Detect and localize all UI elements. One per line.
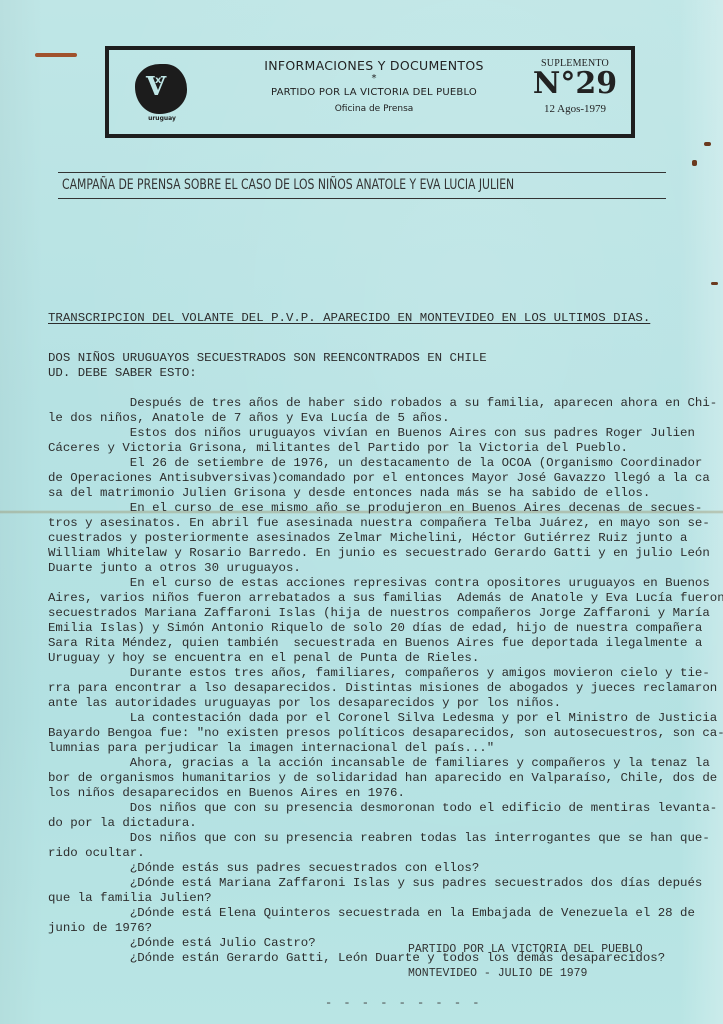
body-line: tros y asesinatos. En abril fue asesinad… xyxy=(48,516,688,531)
body-line: cuestrados y posteriormente asesinados Z… xyxy=(48,531,688,546)
body-line: En el curso de ese mismo año se produjer… xyxy=(48,501,688,516)
headline-line: UD. DEBE SABER ESTO: xyxy=(48,366,688,381)
body-line: Bayardo Bengoa fue: "no existen presos p… xyxy=(48,726,688,741)
stain-speck xyxy=(711,282,718,285)
body-line: junio de 1976? xyxy=(48,921,688,936)
body-line: rido ocultar. xyxy=(48,846,688,861)
publication-title: INFORMACIONES Y DOCUMENTOS xyxy=(239,58,509,73)
body-line: do por la dictadura. xyxy=(48,816,688,831)
masthead-box: V x uruguay INFORMACIONES Y DOCUMENTOS *… xyxy=(105,46,635,138)
star-icon: * xyxy=(239,74,509,84)
party-name: PARTIDO POR LA VICTORIA DEL PUEBLO xyxy=(239,87,509,98)
body-line: Aires, varios niños fueron arrebatados a… xyxy=(48,591,688,606)
body-line: los niños desaparecidos en Buenos Aires … xyxy=(48,786,688,801)
body-line: En el curso de estas acciones represivas… xyxy=(48,576,688,591)
signature-place-date: MONTEVIDEO - JULIO DE 1979 xyxy=(408,962,643,986)
signature-party: PARTIDO POR LA VICTORIA DEL PUEBLO xyxy=(408,938,643,962)
body-line: Estos dos niños uruguayos vivían en Buen… xyxy=(48,426,688,441)
body-line: ¿Dónde está Mariana Zaffaroni Islas y su… xyxy=(48,876,688,891)
body-line: ¿Dónde está Elena Quinteros secuestrada … xyxy=(48,906,688,921)
body-line: Dos niños que con su presencia desmorona… xyxy=(48,801,688,816)
body-line: ¿Dónde estás sus padres secuestrados con… xyxy=(48,861,688,876)
body-line: Dos niños que con su presencia reabren t… xyxy=(48,831,688,846)
stain-speck xyxy=(692,160,697,166)
body-line: lumnias para perjudicar la imagen intern… xyxy=(48,741,688,756)
body-line: ante las autoridades uruguayas por los d… xyxy=(48,696,688,711)
body-line: Después de tres años de haber sido robad… xyxy=(48,396,688,411)
headline: DOS NIÑOS URUGUAYOS SECUESTRADOS SON REE… xyxy=(48,351,688,381)
body-line: secuestrados Mariana Zaffaroni Islas (hi… xyxy=(48,606,688,621)
document-body: TRANSCRIPCION DEL VOLANTE DEL P.V.P. APA… xyxy=(48,311,688,966)
body-line: Duarte junto a otros 30 uruguayos. xyxy=(48,561,688,576)
issue-date: 12 Agos-1979 xyxy=(525,103,625,115)
body-line: de Operaciones Antisubversivas)comandado… xyxy=(48,471,688,486)
supplement-info: SUPLEMENTO N°29 12 Agos-1979 xyxy=(525,58,625,115)
body-line: Cáceres y Victoria Grisona, militantes d… xyxy=(48,441,688,456)
body-line: La contestación dada por el Coronel Silv… xyxy=(48,711,688,726)
stain-speck xyxy=(704,142,711,146)
transcript-title: TRANSCRIPCION DEL VOLANTE DEL P.V.P. APA… xyxy=(48,311,688,326)
pvp-logo: V x uruguay xyxy=(133,62,191,124)
body-line: El 26 de setiembre de 1976, un destacame… xyxy=(48,456,688,471)
staple-mark xyxy=(35,53,77,57)
body-line: Ahora, gracias a la acción incansable de… xyxy=(48,756,688,771)
body-line: Uruguay y hoy se encuentra en el penal d… xyxy=(48,651,688,666)
body-line: William Whitelaw y Rosario Barredo. En j… xyxy=(48,546,688,561)
body-line: Sara Rita Méndez, quien también secuestr… xyxy=(48,636,688,651)
body-line: bor de organismos humanitarios y de soli… xyxy=(48,771,688,786)
logo-mark: x xyxy=(155,75,161,86)
masthead-center: INFORMACIONES Y DOCUMENTOS * PARTIDO POR… xyxy=(239,58,509,114)
headline-line: DOS NIÑOS URUGUAYOS SECUESTRADOS SON REE… xyxy=(48,351,688,366)
body-line: rra para encontrar a lso desaparecidos. … xyxy=(48,681,688,696)
body-line: sa del matrimonio Julien Grisona y desde… xyxy=(48,486,688,501)
body-line: Durante estos tres años, familiares, com… xyxy=(48,666,688,681)
body-line: que la familia Julien? xyxy=(48,891,688,906)
body-line: Emilia Islas) y Simón Antonio Riquelo de… xyxy=(48,621,688,636)
logo-caption: uruguay xyxy=(142,115,182,122)
end-separator: - - - - - - - - - xyxy=(325,996,481,1010)
body-text: Después de tres años de haber sido robad… xyxy=(48,396,688,966)
signature-block: PARTIDO POR LA VICTORIA DEL PUEBLO MONTE… xyxy=(408,938,643,986)
body-line: le dos niños, Anatole de 7 años y Eva Lu… xyxy=(48,411,688,426)
press-office: Oficina de Prensa xyxy=(239,104,509,114)
campaign-title-text: CAMPAÑA DE PRENSA SOBRE EL CASO DE LOS N… xyxy=(62,177,514,193)
campaign-title: CAMPAÑA DE PRENSA SOBRE EL CASO DE LOS N… xyxy=(58,172,666,199)
supplement-number: N°29 xyxy=(525,69,625,99)
